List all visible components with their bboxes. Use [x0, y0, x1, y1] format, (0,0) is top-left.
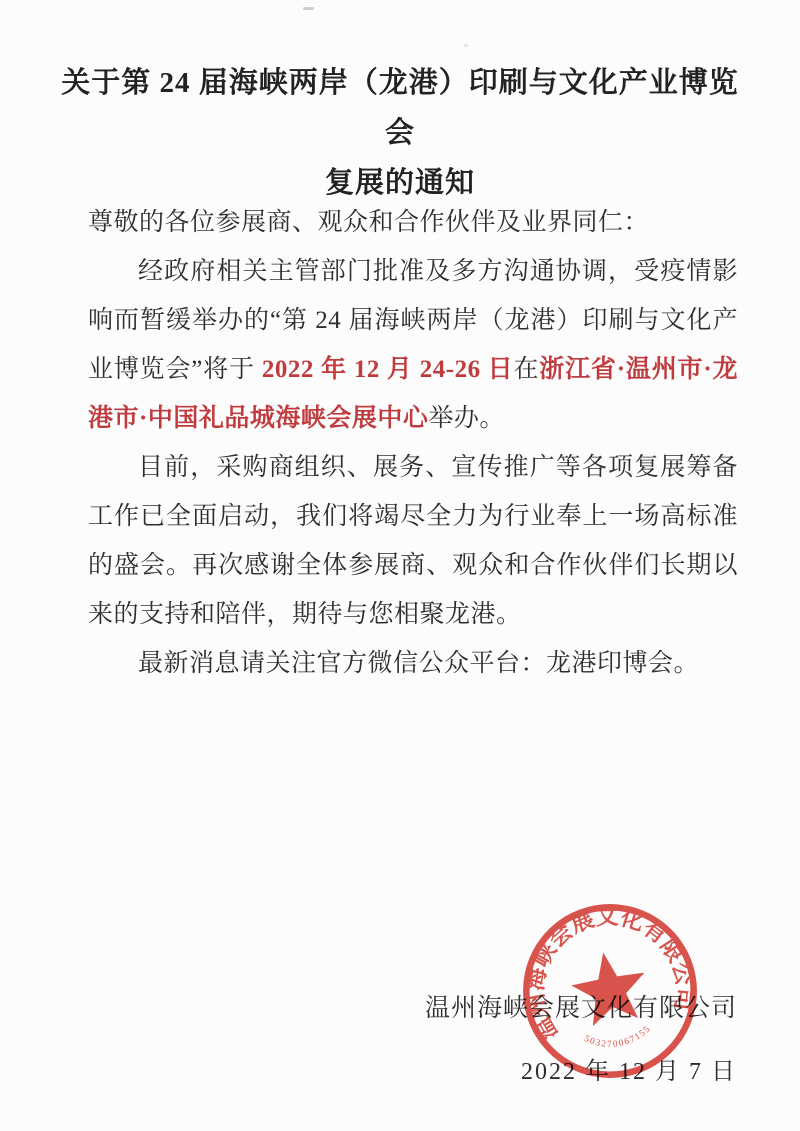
paragraph-2: 目前，采购商组织、展务、宣传推广等各项复展筹备工作已全面启动，我们将竭尽全力为行…: [88, 443, 738, 639]
document-body: 尊敬的各位参展商、观众和合作伙伴及业界同仁： 经政府相关主管部门批准及多方沟通协…: [88, 198, 738, 688]
notice-document-page: 关于第 24 届海峡两岸（龙港）印刷与文化产业博览会 复展的通知 尊敬的各位参展…: [0, 0, 800, 1131]
signature-block: 温州海峡会展文化有限公司 2022 年 12 月 7 日: [425, 988, 737, 1086]
paragraph-1-connector: 在: [513, 356, 539, 383]
event-date-highlight: 2022 年 12 月 24-26 日: [262, 356, 514, 383]
paragraph-1: 经政府相关主管部门批准及多方沟通协调，受疫情影响而暂缓举办的“第 24 届海峡两…: [88, 247, 738, 443]
scan-speck: [464, 44, 468, 47]
scan-speck: [303, 7, 314, 10]
paragraph-3: 最新消息请关注官方微信公众平台：龙港印博会。: [88, 639, 738, 688]
signature-company-name: 温州海峡会展文化有限公司: [425, 988, 737, 1024]
salutation-line: 尊敬的各位参展商、观众和合作伙伴及业界同仁：: [88, 198, 738, 247]
title-line-1: 关于第 24 届海峡两岸（龙港）印刷与文化产业博览会: [60, 58, 740, 158]
paragraph-1-tail: 举办。: [428, 405, 505, 432]
signature-date: 2022 年 12 月 7 日: [425, 1051, 737, 1086]
document-title: 关于第 24 届海峡两岸（龙港）印刷与文化产业博览会 复展的通知: [60, 58, 740, 208]
